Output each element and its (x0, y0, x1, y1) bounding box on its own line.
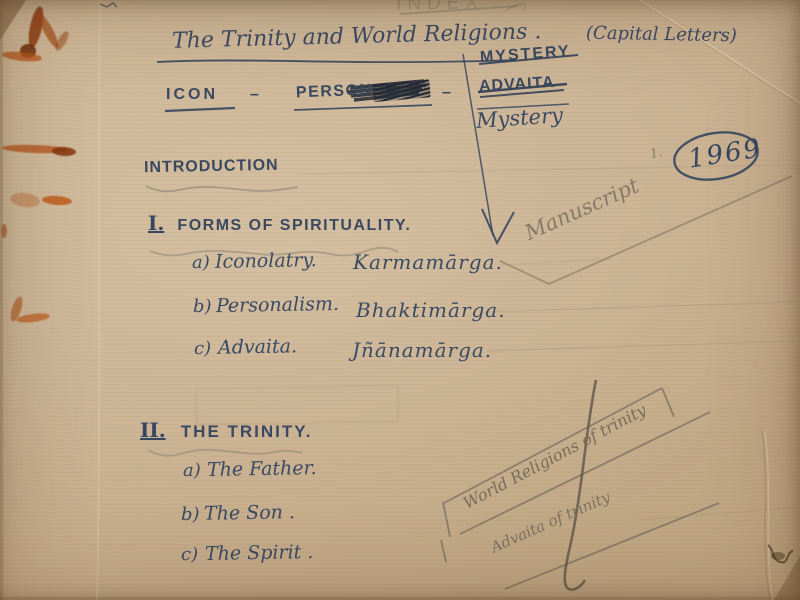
person-word: PERSONALISM (296, 80, 430, 103)
person-word-scribbled: ALISM (372, 79, 431, 102)
advaita-struck-note: ADVAITA (479, 74, 556, 96)
rust-stain (9, 191, 41, 209)
dash-separator: – (250, 86, 259, 104)
person-word-visible: PERSON (296, 82, 373, 102)
advaita-trinity-note: Advaita of trinity (488, 488, 613, 557)
list-item-term: Karmamārga. (353, 250, 503, 274)
manuscript-note: Manuscript (521, 173, 642, 245)
capital-letters-note: (Capital Letters) (586, 23, 737, 47)
rust-stain (16, 312, 51, 324)
rust-stain (42, 195, 73, 206)
manuscript-mark: 1. (649, 145, 664, 162)
list-item-term: Bhaktimārga. (356, 298, 506, 322)
manuscript-page: INDEX The Trinity and World Religions . … (0, 0, 800, 600)
rust-stain (1, 224, 7, 238)
introduction-heading: INTRODUCTION (144, 157, 279, 177)
list-item-label: c) (181, 544, 198, 565)
list-item-name: The Spirit . (205, 541, 314, 565)
section-2-heading: II. THE TRINITY. (140, 418, 312, 442)
index-note: INDEX (396, 0, 484, 16)
year-circled: 1969 (686, 133, 764, 174)
section-1-numeral: I. (148, 211, 164, 235)
icon-word: ICON (166, 86, 218, 104)
list-item-label: a) (192, 252, 210, 273)
world-religions-note: World Religions of trinity (460, 400, 649, 513)
rust-stain (52, 146, 76, 156)
section-1-heading: I. FORMS OF SPIRITUALITY. (148, 211, 411, 235)
list-item-name: The Father. (207, 457, 317, 481)
list-item-name: Personalism. (216, 293, 339, 317)
list-item-name: Iconolatry. (215, 249, 317, 273)
list-item-label: b) (193, 296, 212, 317)
list-item-label: b) (181, 504, 200, 525)
rust-stain (2, 50, 43, 63)
dash-separator: – (442, 84, 451, 102)
section-2-title: THE TRINITY. (181, 422, 313, 441)
section-1-title: FORMS OF SPIRITUALITY. (177, 217, 411, 234)
list-item-label: a) (183, 460, 201, 481)
section-2-numeral: II. (140, 418, 166, 442)
list-item-term: Jñānamārga. (352, 338, 492, 362)
list-item-label: c) (194, 338, 211, 359)
mystery-struck-note: MYSTERY (479, 43, 571, 67)
list-item-name: The Son . (204, 501, 295, 525)
list-item-name: Advaita. (218, 335, 297, 358)
mystery-note: Mystery (475, 103, 563, 133)
